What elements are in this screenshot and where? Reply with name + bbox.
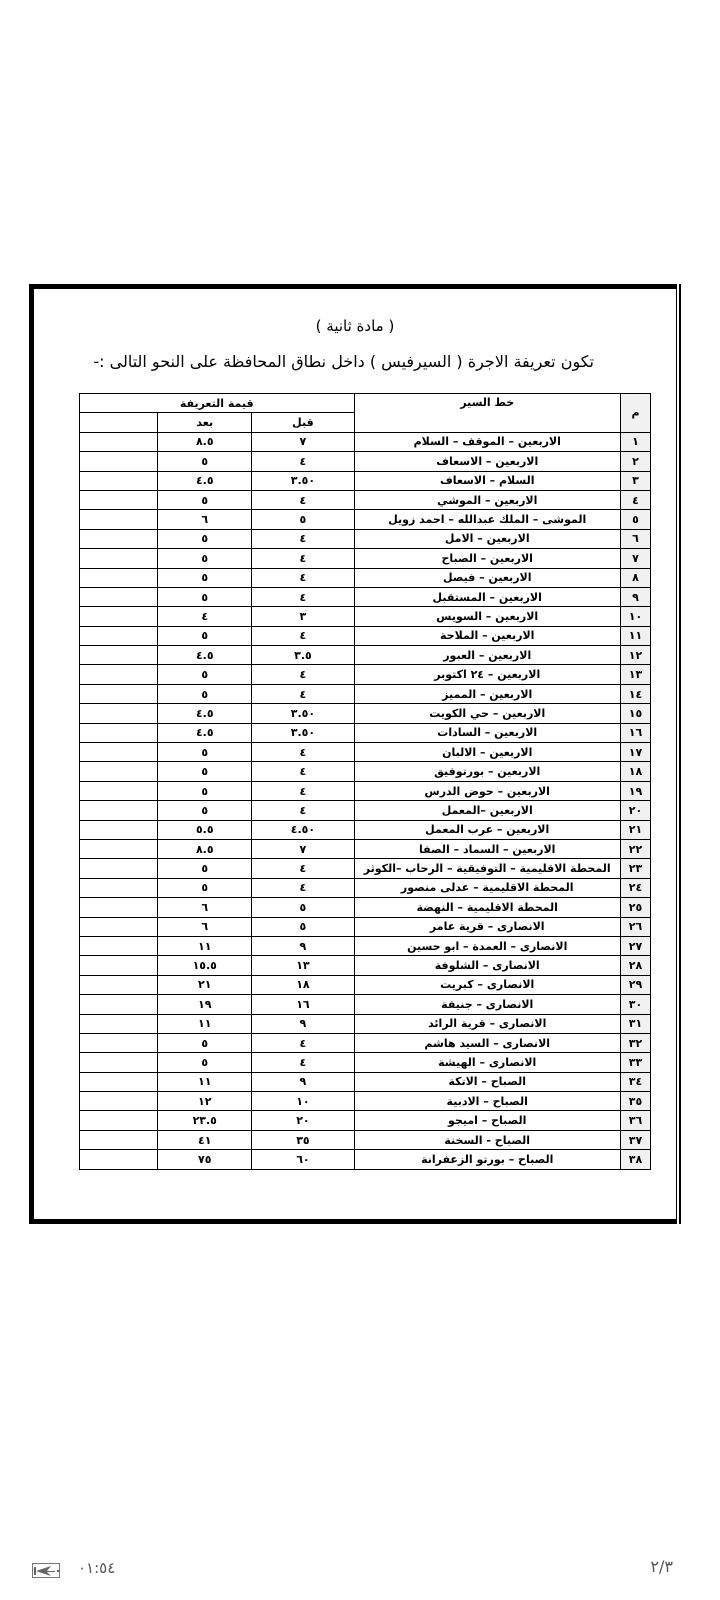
row-after: ٨.٥ (158, 432, 252, 451)
row-blank (80, 723, 158, 742)
row-blank (80, 1033, 158, 1052)
table-row: ٧الاربعين – الصباح٤٥ (80, 549, 651, 568)
row-blank (80, 1072, 158, 1091)
row-blank (80, 607, 158, 626)
row-number: ٣٧ (620, 1130, 650, 1149)
row-number: ٢١ (620, 820, 650, 839)
document-page-frame: ( مادة ثانية ) تكون تعريفة الاجرة ( السي… (29, 284, 677, 1224)
row-number: ١٣ (620, 665, 650, 684)
row-number: ٦ (620, 529, 650, 548)
row-route: الاربعين – السادات (354, 723, 620, 742)
header-route: خط السير (354, 394, 620, 433)
row-before: ٤.٥٠ (252, 820, 354, 839)
row-after: ١٩ (158, 995, 252, 1014)
row-before: ١٨ (252, 975, 354, 994)
row-before: ٣ (252, 607, 354, 626)
row-after: ١١ (158, 1014, 252, 1033)
row-after: ٤.٥ (158, 646, 252, 665)
row-blank (80, 936, 158, 955)
row-before: ٩ (252, 936, 354, 955)
row-after: ٥ (158, 549, 252, 568)
row-after: ٢١ (158, 975, 252, 994)
table-row: ٣٧الصباح - السخنة٣٥٤١ (80, 1130, 651, 1149)
row-route: الاربعين – المستقبل (354, 587, 620, 606)
row-number: ٢٩ (620, 975, 650, 994)
table-row: ٢الاربعين – الاسعاف٤٥ (80, 452, 651, 471)
table-row: ٢٩الانصارى – كبريت١٨٢١ (80, 975, 651, 994)
row-number: ٢٤ (620, 878, 650, 897)
row-after: ٥ (158, 1033, 252, 1052)
row-blank (80, 743, 158, 762)
row-number: ٢٨ (620, 956, 650, 975)
table-row: ٣٦الصباح – اميجو٢٠٢٣.٥ (80, 1111, 651, 1130)
table-row: ٨الاربعين – فيصل٤٥ (80, 568, 651, 587)
table-row: ١الاربعين – الموقف – السلام٧٨.٥ (80, 432, 651, 451)
row-after: ١٥.٥ (158, 956, 252, 975)
row-route: الاربعين – الامل (354, 529, 620, 548)
row-blank (80, 626, 158, 645)
row-route: الصباح – اميجو (354, 1111, 620, 1130)
table-row: ١١الاربعين – الملاحة٤٥ (80, 626, 651, 645)
footer-time: ٠١:٥٤ (78, 1559, 115, 1577)
table-row: ١٧الاربعين – الالبان٤٥ (80, 743, 651, 762)
row-route: الانصارى – كبريت (354, 975, 620, 994)
row-before: ٤ (252, 743, 354, 762)
row-after: ٥ (158, 568, 252, 587)
row-number: ٢٧ (620, 936, 650, 955)
row-blank (80, 781, 158, 800)
header-blank (80, 413, 158, 432)
table-row: ٣٠الانصارى – جنيفة١٦١٩ (80, 995, 651, 1014)
row-after: ١١ (158, 936, 252, 955)
document-heading: ( مادة ثانية ) (34, 317, 676, 335)
row-before: ٩ (252, 1014, 354, 1033)
row-route: الانصارى – قرية الرائد (354, 1014, 620, 1033)
header-num: م (620, 394, 650, 433)
row-number: ٣٣ (620, 1053, 650, 1072)
row-number: ٨ (620, 568, 650, 587)
row-before: ٥ (252, 898, 354, 917)
row-blank (80, 917, 158, 936)
row-number: ٥ (620, 510, 650, 529)
row-route: الاربعين – الصباح (354, 549, 620, 568)
row-number: ٢٠ (620, 801, 650, 820)
row-route: الاربعين – المميز (354, 684, 620, 703)
row-before: ٤ (252, 878, 354, 897)
row-before: ٤ (252, 452, 354, 471)
row-blank (80, 646, 158, 665)
row-blank (80, 568, 158, 587)
row-before: ٤ (252, 529, 354, 548)
row-route: الاربعين – ٢٤ اكتوبر (354, 665, 620, 684)
row-before: ١٦ (252, 995, 354, 1014)
row-after: ٥ (158, 859, 252, 878)
row-before: ٤ (252, 781, 354, 800)
row-number: ٤ (620, 490, 650, 509)
row-route: المحطة الاقليمية – النهضة (354, 898, 620, 917)
row-route: الاربعين – الموشي (354, 490, 620, 509)
row-after: ١١ (158, 1072, 252, 1091)
row-number: ٣ (620, 471, 650, 490)
header-after: بعد (158, 413, 252, 432)
row-number: ١ (620, 432, 650, 451)
row-route: الانصارى – قرية عامر (354, 917, 620, 936)
row-number: ٩ (620, 587, 650, 606)
row-before: ٧ (252, 839, 354, 858)
table-row: ١٠الاربعين – السويس٣٤ (80, 607, 651, 626)
row-route: الانصارى – السيد هاشم (354, 1033, 620, 1052)
row-number: ١٠ (620, 607, 650, 626)
row-after: ٤ (158, 607, 252, 626)
row-after: ٦ (158, 898, 252, 917)
table-row: ١٣الاربعين – ٢٤ اكتوبر٤٥ (80, 665, 651, 684)
row-blank (80, 1111, 158, 1130)
playback-toggle-icon[interactable] (32, 1563, 60, 1578)
row-number: ٣٥ (620, 1092, 650, 1111)
table-row: ٢٤المحطة الاقليمية – عدلى منصور٤٥ (80, 878, 651, 897)
table-row: ٢٧الانصارى – العمدة – ابو حسين٩١١ (80, 936, 651, 955)
row-before: ٤ (252, 1053, 354, 1072)
row-route: السلام – الاسعاف (354, 471, 620, 490)
row-blank (80, 587, 158, 606)
row-route: الاربعين – العبور (354, 646, 620, 665)
row-blank (80, 1014, 158, 1033)
row-after: ٧٥ (158, 1150, 252, 1169)
row-route: الموشى – الملك عبدالله – احمد زويل (354, 510, 620, 529)
row-blank (80, 995, 158, 1014)
row-number: ١٨ (620, 762, 650, 781)
row-after: ٤.٥ (158, 471, 252, 490)
table-row: ٣٢الانصارى – السيد هاشم٤٥ (80, 1033, 651, 1052)
row-after: ٥ (158, 1053, 252, 1072)
row-after: ٥ (158, 665, 252, 684)
row-number: ٣٨ (620, 1150, 650, 1169)
row-after: ٥ (158, 684, 252, 703)
row-number: ٧ (620, 549, 650, 568)
row-after: ١٢ (158, 1092, 252, 1111)
row-before: ٩ (252, 1072, 354, 1091)
row-number: ٢٦ (620, 917, 650, 936)
table-row: ٣السلام – الاسعاف٣.٥٠٤.٥ (80, 471, 651, 490)
row-route: الاربعين – فيصل (354, 568, 620, 587)
row-blank (80, 975, 158, 994)
tariff-table: م خط السير قيمة التعريفة قبل بعد ١الاربع… (79, 393, 651, 1170)
row-blank (80, 665, 158, 684)
table-row: ١٤الاربعين – المميز٤٥ (80, 684, 651, 703)
row-after: ٨.٥ (158, 839, 252, 858)
row-after: ٥ (158, 762, 252, 781)
row-before: ٣.٥٠ (252, 723, 354, 742)
row-number: ٢٥ (620, 898, 650, 917)
row-blank (80, 859, 158, 878)
row-route: الاربعين – الملاحة (354, 626, 620, 645)
row-number: ٢ (620, 452, 650, 471)
row-before: ٦٠ (252, 1150, 354, 1169)
row-route: المحطة الاقليمية – عدلى منصور (354, 878, 620, 897)
row-blank (80, 432, 158, 451)
row-route: الاربعين – السماد – الصفا (354, 839, 620, 858)
row-blank (80, 801, 158, 820)
row-blank (80, 490, 158, 509)
row-blank (80, 684, 158, 703)
row-after: ٥ (158, 490, 252, 509)
table-row: ٢٣المحطة الاقليمية – التوفيقية – الرحاب … (80, 859, 651, 878)
row-before: ٣٥ (252, 1130, 354, 1149)
table-row: ١٢الاربعين – العبور٣.٥٤.٥ (80, 646, 651, 665)
row-before: ٣.٥٠ (252, 471, 354, 490)
row-blank (80, 1150, 158, 1169)
row-before: ١٠ (252, 1092, 354, 1111)
row-after: ٥ (158, 452, 252, 471)
row-before: ٤ (252, 801, 354, 820)
table-row: ٢١الاربعين – عرب المعمل٤.٥٠٥.٥ (80, 820, 651, 839)
row-after: ٥ (158, 781, 252, 800)
row-before: ٣.٥٠ (252, 704, 354, 723)
row-route: الانصارى – العمدة – ابو حسين (354, 936, 620, 955)
row-blank (80, 839, 158, 858)
row-blank (80, 956, 158, 975)
row-blank (80, 898, 158, 917)
row-before: ١٣ (252, 956, 354, 975)
row-route: الصباح – بورتو الزعفرانة (354, 1150, 620, 1169)
row-blank (80, 549, 158, 568)
row-after: ٥ (158, 878, 252, 897)
row-blank (80, 452, 158, 471)
row-before: ٤ (252, 665, 354, 684)
row-number: ١١ (620, 626, 650, 645)
table-row: ٢٠الاربعين –المعمل٤٥ (80, 801, 651, 820)
row-before: ٤ (252, 626, 354, 645)
table-row: ٤الاربعين – الموشي٤٥ (80, 490, 651, 509)
row-route: الاربعين – عرب المعمل (354, 820, 620, 839)
row-route: الاربعين – حوض الدرس (354, 781, 620, 800)
row-after: ٥ (158, 587, 252, 606)
row-before: ٤ (252, 490, 354, 509)
row-number: ١٤ (620, 684, 650, 703)
table-row: ٦الاربعين – الامل٤٥ (80, 529, 651, 548)
row-before: ٤ (252, 549, 354, 568)
row-number: ٢٣ (620, 859, 650, 878)
row-route: الاربعين – السويس (354, 607, 620, 626)
table-row: ٢٨الانصارى – الشلوفة١٣١٥.٥ (80, 956, 651, 975)
row-after: ٥ (158, 626, 252, 645)
row-number: ١٦ (620, 723, 650, 742)
row-blank (80, 529, 158, 548)
table-row: ٣٥الصباح – الادبية١٠١٢ (80, 1092, 651, 1111)
row-number: ٢٢ (620, 839, 650, 858)
table-row: ٣٣الانصارى – الهيشة٤٥ (80, 1053, 651, 1072)
row-before: ٤ (252, 859, 354, 878)
table-row: ١٨الاربعين – بورتوفيق٤٥ (80, 762, 651, 781)
row-route: الاربعين – الالبان (354, 743, 620, 762)
row-after: ٦ (158, 917, 252, 936)
row-blank (80, 1130, 158, 1149)
table-row: ١٩الاربعين – حوض الدرس٤٥ (80, 781, 651, 800)
row-before: ٣.٥ (252, 646, 354, 665)
row-route: الاربعين – حي الكويت (354, 704, 620, 723)
row-number: ٣٦ (620, 1111, 650, 1130)
table-row: ٣٨الصباح – بورتو الزعفرانة٦٠٧٥ (80, 1150, 651, 1169)
table-row: ٢٢الاربعين – السماد – الصفا٧٨.٥ (80, 839, 651, 858)
row-number: ٣٤ (620, 1072, 650, 1091)
row-blank (80, 820, 158, 839)
row-blank (80, 471, 158, 490)
row-route: الاربعين – الموقف – السلام (354, 432, 620, 451)
header-before: قبل (252, 413, 354, 432)
row-before: ٤ (252, 1033, 354, 1052)
row-before: ٢٠ (252, 1111, 354, 1130)
row-before: ٤ (252, 587, 354, 606)
table-row: ١٦الاربعين – السادات٣.٥٠٤.٥ (80, 723, 651, 742)
row-number: ١٢ (620, 646, 650, 665)
table-row: ٢٦الانصارى – قرية عامر٥٦ (80, 917, 651, 936)
page-indicator: ٢/٣ (650, 1557, 673, 1576)
row-blank (80, 878, 158, 897)
row-number: ١٩ (620, 781, 650, 800)
row-blank (80, 1092, 158, 1111)
row-before: ٤ (252, 762, 354, 781)
row-blank (80, 704, 158, 723)
row-number: ١٧ (620, 743, 650, 762)
table-row: ٥الموشى – الملك عبدالله – احمد زويل٥٦ (80, 510, 651, 529)
row-after: ٥ (158, 529, 252, 548)
row-route: الانصارى – جنيفة (354, 995, 620, 1014)
row-blank (80, 762, 158, 781)
row-after: ٦ (158, 510, 252, 529)
table-row: ٢٥المحطة الاقليمية – النهضة٥٦ (80, 898, 651, 917)
row-number: ٣٠ (620, 995, 650, 1014)
row-before: ٧ (252, 432, 354, 451)
row-after: ٥ (158, 743, 252, 762)
row-blank (80, 510, 158, 529)
header-tariff-group: قيمة التعريفة (80, 394, 355, 413)
table-row: ٩الاربعين – المستقبل٤٥ (80, 587, 651, 606)
row-route: الصباح – الادبية (354, 1092, 620, 1111)
row-after: ٤.٥ (158, 704, 252, 723)
row-after: ٥ (158, 801, 252, 820)
row-before: ٥ (252, 510, 354, 529)
row-route: الانصارى – الشلوفة (354, 956, 620, 975)
row-route: الاربعين –المعمل (354, 801, 620, 820)
row-blank (80, 1053, 158, 1072)
table-row: ٣٤الصباح – الاتكة٩١١ (80, 1072, 651, 1091)
row-after: ٤١ (158, 1130, 252, 1149)
row-number: ٣٢ (620, 1033, 650, 1052)
row-number: ٣١ (620, 1014, 650, 1033)
row-after: ٤.٥ (158, 723, 252, 742)
row-route: الانصارى – الهيشة (354, 1053, 620, 1072)
row-route: الصباح - السخنة (354, 1130, 620, 1149)
document-intro: تكون تعريفة الاجرة ( السيرفيس ) داخل نطا… (34, 352, 594, 371)
row-number: ١٥ (620, 704, 650, 723)
tariff-table-body: ١الاربعين – الموقف – السلام٧٨.٥٢الاربعين… (80, 432, 651, 1169)
row-after: ٥.٥ (158, 820, 252, 839)
row-route: الاربعين – الاسعاف (354, 452, 620, 471)
row-after: ٢٣.٥ (158, 1111, 252, 1130)
row-before: ٤ (252, 684, 354, 703)
table-row: ٣١الانصارى – قرية الرائد٩١١ (80, 1014, 651, 1033)
row-before: ٥ (252, 917, 354, 936)
table-row: ١٥الاربعين – حي الكويت٣.٥٠٤.٥ (80, 704, 651, 723)
row-route: المحطة الاقليمية – التوفيقية – الرحاب –ا… (354, 859, 620, 878)
row-route: الاربعين – بورتوفيق (354, 762, 620, 781)
row-before: ٤ (252, 568, 354, 587)
row-route: الصباح – الاتكة (354, 1072, 620, 1091)
